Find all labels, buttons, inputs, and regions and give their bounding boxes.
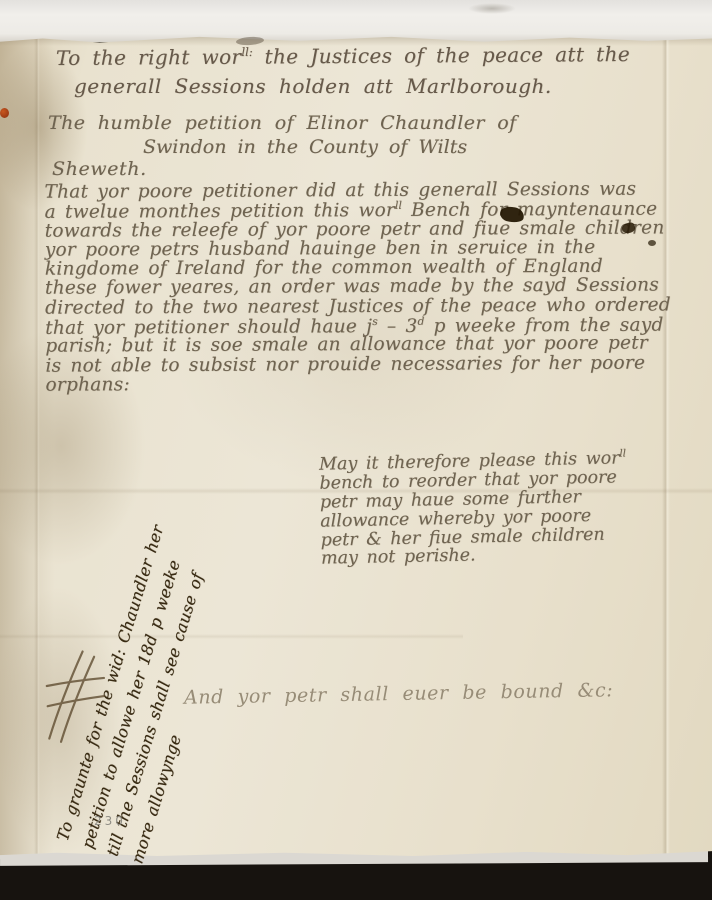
mid-left-stain: [0, 326, 146, 566]
manuscript-photograph: To the right worll: the Justices of the …: [0, 0, 712, 900]
top-left-stain: [0, 42, 88, 212]
bottom-left-stain: [0, 586, 124, 856]
horizontal-fold-crease-2: [0, 634, 463, 639]
vertical-fold-crease-right: [662, 36, 670, 856]
center-stain: [170, 206, 530, 486]
backdrop-smudge: [468, 3, 516, 14]
left-edge-stain: [0, 36, 54, 856]
horizontal-fold-crease-1: [0, 488, 712, 494]
backdrop-sheet-top: [0, 0, 712, 42]
petition-page: [0, 36, 712, 856]
vertical-fold-crease-left: [34, 36, 40, 856]
